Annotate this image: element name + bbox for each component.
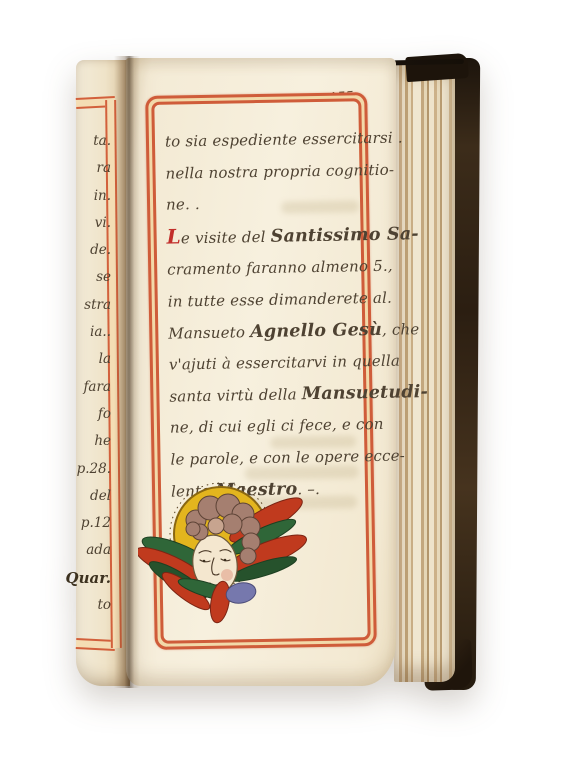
manuscript-line: v'ajuti à essercitarvi in quella (169, 346, 360, 381)
left-page-fragment: se (66, 264, 111, 291)
manuscript-text-block: to sia espediente essercitarsi .nella no… (165, 123, 362, 507)
text-segment: nella nostra propria cognitio- (165, 160, 394, 182)
manuscript-line: santa virtù della Mansuetudi- (169, 378, 360, 413)
manuscript-line: ne, di cui egli ci fece, e con (170, 410, 361, 445)
hair-curl (222, 514, 242, 534)
text-segment: Agnello Gesù (250, 319, 382, 341)
book-gutter-shadow (114, 56, 140, 688)
text-segment: cramento faranno almeno 5., (167, 257, 393, 279)
hair-curl (186, 522, 200, 536)
left-page-fragment: ia.. (66, 319, 111, 346)
left-page-fragment: p.28. (66, 456, 111, 483)
left-page-fragment: de. (66, 237, 111, 264)
left-page-fragment: vi. (66, 210, 111, 237)
left-page-fragment: ada (66, 537, 111, 564)
left-page-text-fragments: ta.rain.vi.de.sestraia..lafarafohep.28.d… (66, 128, 111, 619)
left-page-frame-bottom-line (76, 638, 116, 651)
left-page-fragment: in. (66, 183, 111, 210)
open-book: ta.rain.vi.de.sestraia..lafarafohep.28.d… (0, 0, 561, 770)
left-page-fragment: fo (66, 401, 111, 428)
manuscript-line: cramento faranno almeno 5., (167, 252, 358, 287)
manuscript-line: nella nostra propria cognitio- (165, 155, 356, 190)
text-segment: , che (382, 320, 420, 339)
text-segment: le parole, e con le opere ecce- (170, 446, 405, 468)
manuscript-line: Le visite del Santissimo Sa- (166, 218, 357, 255)
text-segment: ne. . (166, 195, 200, 214)
manuscript-line: in tutte esse dimanderete al. (168, 283, 359, 318)
book-top-corner (405, 53, 469, 82)
pupil (203, 560, 206, 563)
hair-curl (240, 548, 256, 564)
left-page-fragment: he (66, 428, 111, 455)
left-page-fragment: la (66, 346, 111, 373)
left-page-fragment: ta. (66, 128, 111, 155)
text-segment: Mansueto (168, 323, 250, 342)
manuscript-line: Mansueto Agnello Gesù, che (168, 315, 359, 350)
left-page-fragment: p.12 (66, 510, 111, 537)
text-segment: in tutte esse dimanderete al. (168, 289, 393, 311)
left-page-fragment: del (66, 483, 111, 510)
manuscript-line: to sia espediente essercitarsi . (165, 123, 356, 158)
left-page-fragment: Quar. (66, 565, 111, 592)
text-segment: to sia espediente essercitarsi . (165, 128, 403, 150)
illuminated-initial: L (166, 224, 181, 248)
text-segment: e visite del (181, 228, 271, 248)
left-page-fragment: to (66, 592, 111, 619)
forehead-curl (208, 518, 224, 534)
text-segment: Mansuetudi- (302, 382, 429, 404)
page-edges (394, 64, 455, 682)
left-page-fragment: ra (66, 155, 111, 182)
manuscript-line: ne. . (166, 187, 357, 222)
pupil (224, 559, 227, 562)
manuscript-line: le parole, e con le opere ecce- (170, 441, 361, 476)
manuscript-photo: ta.rain.vi.de.sestraia..lafarafohep.28.d… (0, 0, 561, 770)
text-segment: ne, di cui egli ci fece, e con (170, 415, 384, 437)
text-segment: santa virtù della (169, 385, 302, 405)
cheek-blush (221, 569, 233, 581)
left-page-fragment: fara (66, 374, 111, 401)
text-segment: Santissimo Sa- (270, 224, 418, 247)
text-segment: v'ajuti à essercitarvi in quella (169, 352, 400, 374)
cherub-illustration (138, 480, 310, 628)
left-page-fragment: stra (66, 292, 111, 319)
